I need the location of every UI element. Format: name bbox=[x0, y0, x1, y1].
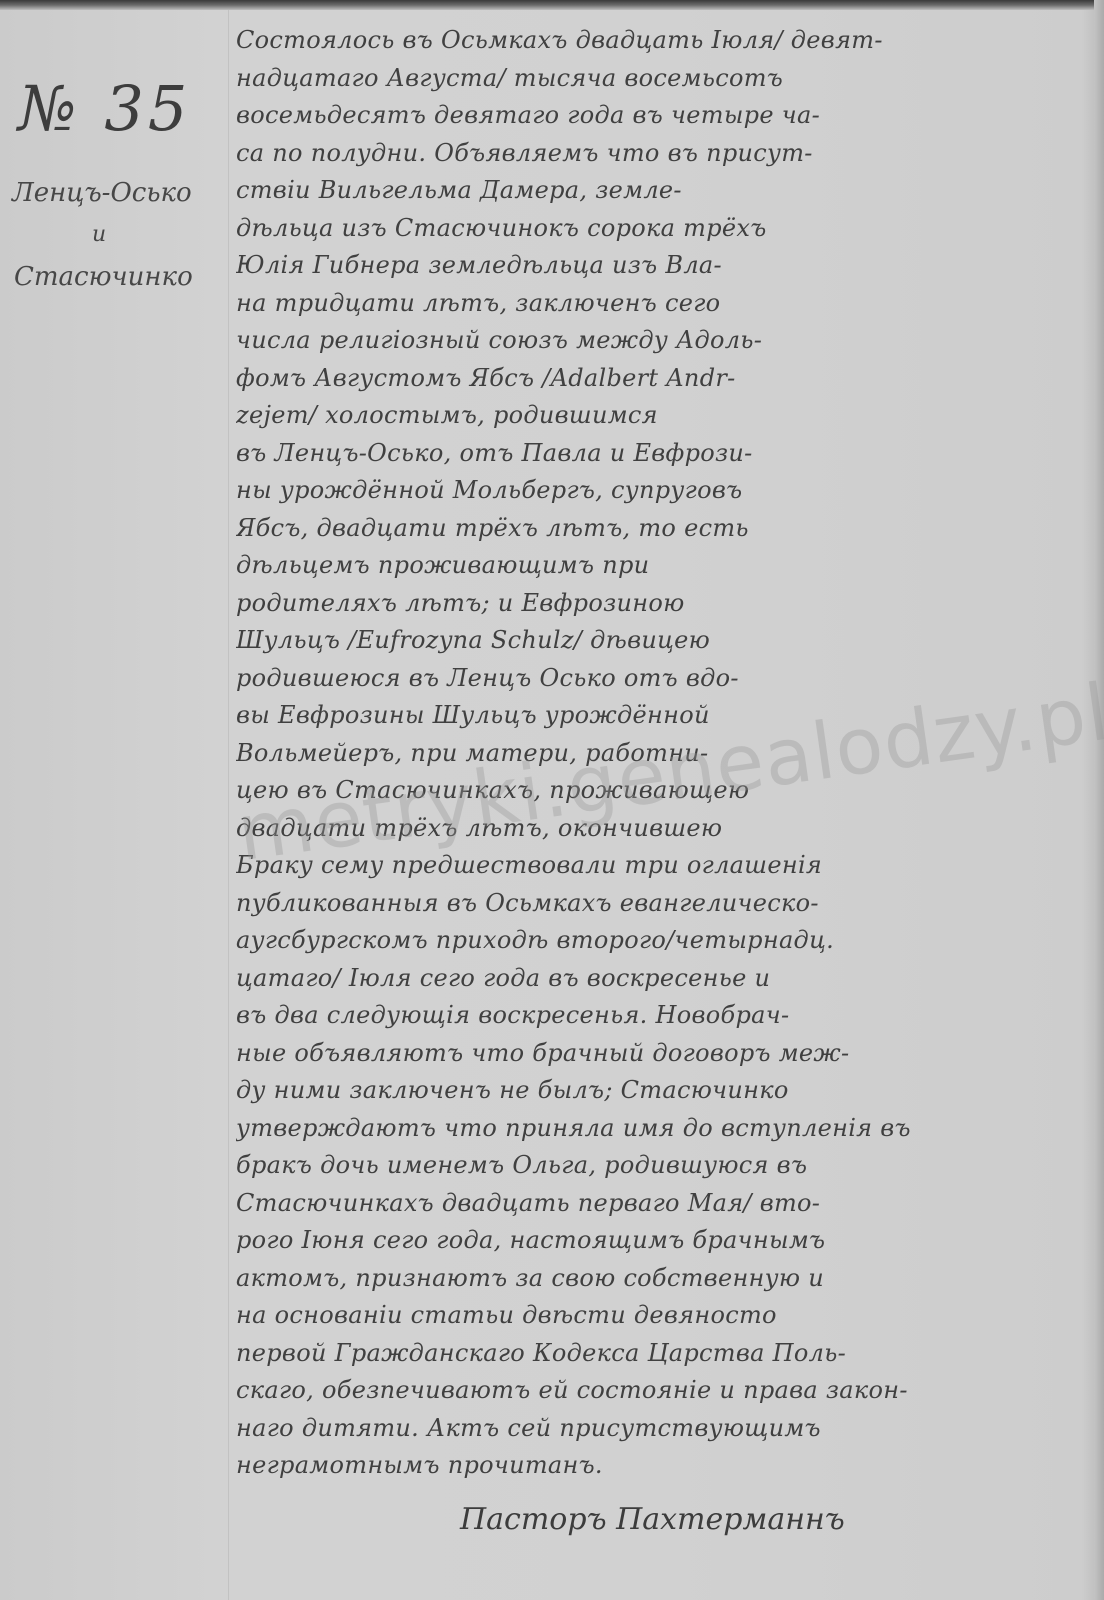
body-line: рого Іюня сего года, настоящимъ брачнымъ bbox=[236, 1222, 1088, 1260]
record-body: Состоялось въ Осьмкахъ двадцать Іюля/ де… bbox=[236, 22, 1088, 1485]
body-line: скаго, обезпечиваютъ ей состояніе и прав… bbox=[236, 1372, 1088, 1410]
body-line: первой Гражданскаго Кодекса Царства Поль… bbox=[236, 1335, 1088, 1373]
body-line: актомъ, признаютъ за свою собственную и bbox=[236, 1260, 1088, 1298]
body-line: дѣльца изъ Стасючинокъ сорока трёхъ bbox=[236, 210, 1088, 248]
margin-conjunction: и bbox=[92, 222, 106, 247]
body-line: Шульцъ /Eufrozyna Schulz/ дѣвицею bbox=[236, 622, 1088, 660]
body-line: Вольмейеръ, при матери, работни- bbox=[236, 735, 1088, 773]
body-line: Стасючинкахъ двадцать перваго Мая/ вто- bbox=[236, 1185, 1088, 1223]
body-line: ду ними заключенъ не былъ; Стасючинко bbox=[236, 1072, 1088, 1110]
body-line: Браку сему предшествовали три оглашенія bbox=[236, 847, 1088, 885]
margin-rule bbox=[228, 10, 229, 1600]
body-line: ные объявляютъ что брачный договоръ меж- bbox=[236, 1035, 1088, 1073]
body-line: Ябсъ, двадцати трёхъ лѣтъ, то есть bbox=[236, 510, 1088, 548]
body-line: са по полудни. Объявляемъ что въ присут- bbox=[236, 135, 1088, 173]
body-line: утверждаютъ что приняла имя до вступлені… bbox=[236, 1110, 1088, 1148]
record-number: № 35 bbox=[18, 72, 191, 145]
body-line: наго дитяти. Актъ сей присутствующимъ bbox=[236, 1410, 1088, 1448]
body-line: аугсбургскомъ приходѣ второго/четырнадц. bbox=[236, 922, 1088, 960]
margin-name-bride: Стасючинко bbox=[14, 262, 193, 292]
margin-name-groom: Ленцъ-Осько bbox=[12, 178, 192, 208]
scan-right-edge bbox=[1094, 0, 1104, 1600]
body-line: родившеюся въ Ленцъ Осько отъ вдо- bbox=[236, 660, 1088, 698]
body-line: фомъ Августомъ Ябсъ /Adalbert Andr- bbox=[236, 360, 1088, 398]
body-line: Состоялось въ Осьмкахъ двадцать Іюля/ де… bbox=[236, 22, 1088, 60]
body-line: ны урождённой Мольбергъ, супруговъ bbox=[236, 472, 1088, 510]
body-line: на тридцати лѣтъ, заключенъ сего bbox=[236, 285, 1088, 323]
pastor-signature: Пасторъ Пахтерманнъ bbox=[460, 1502, 845, 1537]
body-line: неграмотнымъ прочитанъ. bbox=[236, 1447, 1088, 1485]
left-margin: № 35 Ленцъ-Осько и Стасючинко bbox=[0, 0, 226, 1600]
body-line: надцатаго Августа/ тысяча восемьсотъ bbox=[236, 60, 1088, 98]
body-line: цею въ Стасючинкахъ, проживающею bbox=[236, 772, 1088, 810]
body-line: публикованныя въ Осьмкахъ евангелическо- bbox=[236, 885, 1088, 923]
body-line: на основаніи статьи двѣсти девяносто bbox=[236, 1297, 1088, 1335]
body-line: родителяхъ лѣтъ; и Евфрозиною bbox=[236, 585, 1088, 623]
document-page: № 35 Ленцъ-Осько и Стасючинко Состоялось… bbox=[0, 0, 1104, 1600]
body-line: цатаго/ Іюля сего года въ воскресенье и bbox=[236, 960, 1088, 998]
body-line: дѣльцемъ проживающимъ при bbox=[236, 547, 1088, 585]
body-line: zejem/ холостымъ, родившимся bbox=[236, 397, 1088, 435]
body-line: въ два следующія воскресенья. Новобрач- bbox=[236, 997, 1088, 1035]
body-line: числа религіозный союзъ между Адоль- bbox=[236, 322, 1088, 360]
body-line: вы Евфрозины Шульцъ урождённой bbox=[236, 697, 1088, 735]
body-line: бракъ дочь именемъ Ольга, родившуюся въ bbox=[236, 1147, 1088, 1185]
body-line: ствіи Вильгельма Дамера, земле- bbox=[236, 172, 1088, 210]
body-line: въ Ленцъ-Осько, отъ Павла и Евфрози- bbox=[236, 435, 1088, 473]
body-line: восемьдесятъ девятаго года въ четыре ча- bbox=[236, 97, 1088, 135]
body-line: двадцати трёхъ лѣтъ, окончившею bbox=[236, 810, 1088, 848]
body-line: Юлія Гибнера земледѣльца изъ Вла- bbox=[236, 247, 1088, 285]
